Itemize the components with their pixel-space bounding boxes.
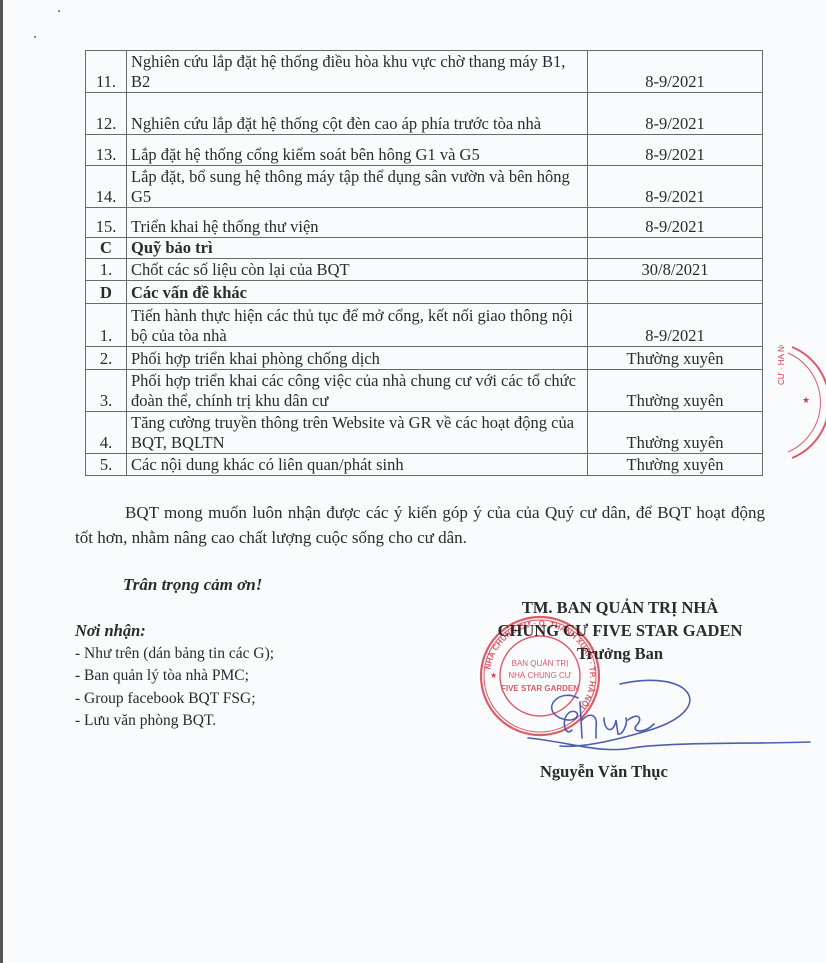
due-date: 8-9/2021 [588, 51, 763, 93]
due-date: Thường xuyên [588, 454, 763, 476]
table-row: 12. Nghiên cứu lắp đặt hệ thống cột đèn … [86, 93, 763, 135]
row-number: 1. [86, 304, 127, 347]
signatory-name: Nguyễn Văn Thục [540, 762, 668, 782]
section-label: D [86, 281, 127, 304]
due-date: 8-9/2021 [588, 135, 763, 166]
recipients-block: Nơi nhận: - Như trên (dán bảng tin các G… [75, 620, 274, 733]
task-description: Tiến hành thực hiện các thủ tục để mở cổ… [127, 304, 588, 347]
recipient-item: - Lưu văn phòng BQT. [75, 710, 274, 733]
table-row: 1. Chốt các số liệu còn lại của BQT 30/8… [86, 259, 763, 281]
table-row: 1. Tiến hành thực hiện các thủ tục để mở… [86, 304, 763, 347]
row-number: 2. [86, 347, 127, 370]
due-date: 8-9/2021 [588, 93, 763, 135]
margin-stamp-fragment: ★ CƯ · HÀ NỘI [778, 345, 826, 460]
scan-speck [34, 36, 36, 38]
signature-block: TM. BAN QUẢN TRỊ NHÀ CHUNG CƯ FIVE STAR … [470, 596, 770, 665]
due-date: Thường xuyên [588, 347, 763, 370]
section-header-c: C Quỹ bảo trì [86, 238, 763, 259]
row-number: 5. [86, 454, 127, 476]
table-row: 2. Phối hợp triển khai phòng chống dịch … [86, 347, 763, 370]
row-number: 1. [86, 259, 127, 281]
table-row: 3. Phối hợp triển khai các công việc của… [86, 370, 763, 412]
section-title: Các vấn đề khác [127, 281, 588, 304]
due-date: 8-9/2021 [588, 304, 763, 347]
section-empty-cell [588, 281, 763, 304]
table-row: 13. Lắp đặt hệ thống cổng kiểm soát bên … [86, 135, 763, 166]
recipient-item: - Ban quản lý tòa nhà PMC; [75, 665, 274, 688]
signatory-role: Trưởng Ban [470, 642, 770, 665]
table-row: 5. Các nội dung khác có liên quan/phát s… [86, 454, 763, 476]
handwritten-signature [520, 668, 815, 758]
due-date: Thường xuyên [588, 370, 763, 412]
section-label: C [86, 238, 127, 259]
stamp-star-icon: ★ [802, 395, 810, 405]
stamp-edge-text: CƯ · HÀ NỘI [778, 345, 786, 385]
task-description: Chốt các số liệu còn lại của BQT [127, 259, 588, 281]
task-description: Tăng cường truyền thông trên Website và … [127, 412, 588, 454]
table-row: 14. Lắp đặt, bổ sung hệ thông máy tập th… [86, 166, 763, 208]
stamp-star-icon: ★ [490, 671, 497, 680]
due-date: 30/8/2021 [588, 259, 763, 281]
scan-speck [58, 10, 60, 12]
work-plan-table: 11. Nghiên cứu lắp đặt hệ thống điều hòa… [85, 50, 763, 476]
table-row: 4. Tăng cường truyền thông trên Website … [86, 412, 763, 454]
row-number: 13. [86, 135, 127, 166]
row-number: 3. [86, 370, 127, 412]
task-description: Các nội dung khác có liên quan/phát sinh [127, 454, 588, 476]
task-description: Triển khai hệ thống thư viện [127, 208, 588, 238]
due-date: 8-9/2021 [588, 166, 763, 208]
recipient-item: - Như trên (dán bảng tin các G); [75, 643, 274, 666]
table-row: 15. Triển khai hệ thống thư viện 8-9/202… [86, 208, 763, 238]
signatory-org-line2: CHUNG CƯ FIVE STAR GADEN [470, 619, 770, 642]
task-description: Nghiên cứu lắp đặt hệ thống điều hòa khu… [127, 51, 588, 93]
scan-edge [0, 0, 3, 963]
row-number: 14. [86, 166, 127, 208]
thanks-line: Trân trọng cảm ơn! [123, 575, 262, 595]
row-number: 11. [86, 51, 127, 93]
task-description: Lắp đặt, bổ sung hệ thông máy tập thể dụ… [127, 166, 588, 208]
signatory-org-line1: TM. BAN QUẢN TRỊ NHÀ [470, 596, 770, 619]
table-row: 11. Nghiên cứu lắp đặt hệ thống điều hòa… [86, 51, 763, 93]
task-description: Nghiên cứu lắp đặt hệ thống cột đèn cao … [127, 93, 588, 135]
recipients-title: Nơi nhận: [75, 620, 274, 643]
section-empty-cell [588, 238, 763, 259]
due-date: 8-9/2021 [588, 208, 763, 238]
section-header-d: D Các vấn đề khác [86, 281, 763, 304]
row-number: 12. [86, 93, 127, 135]
task-description: Phối hợp triển khai các công việc của nh… [127, 370, 588, 412]
row-number: 4. [86, 412, 127, 454]
task-description: Phối hợp triển khai phòng chống dịch [127, 347, 588, 370]
due-date: Thường xuyên [588, 412, 763, 454]
row-number: 15. [86, 208, 127, 238]
section-title: Quỹ bảo trì [127, 238, 588, 259]
closing-paragraph: BQT mong muốn luôn nhận được các ý kiến … [75, 500, 765, 550]
task-description: Lắp đặt hệ thống cổng kiểm soát bên hông… [127, 135, 588, 166]
recipient-item: - Group facebook BQT FSG; [75, 688, 274, 711]
